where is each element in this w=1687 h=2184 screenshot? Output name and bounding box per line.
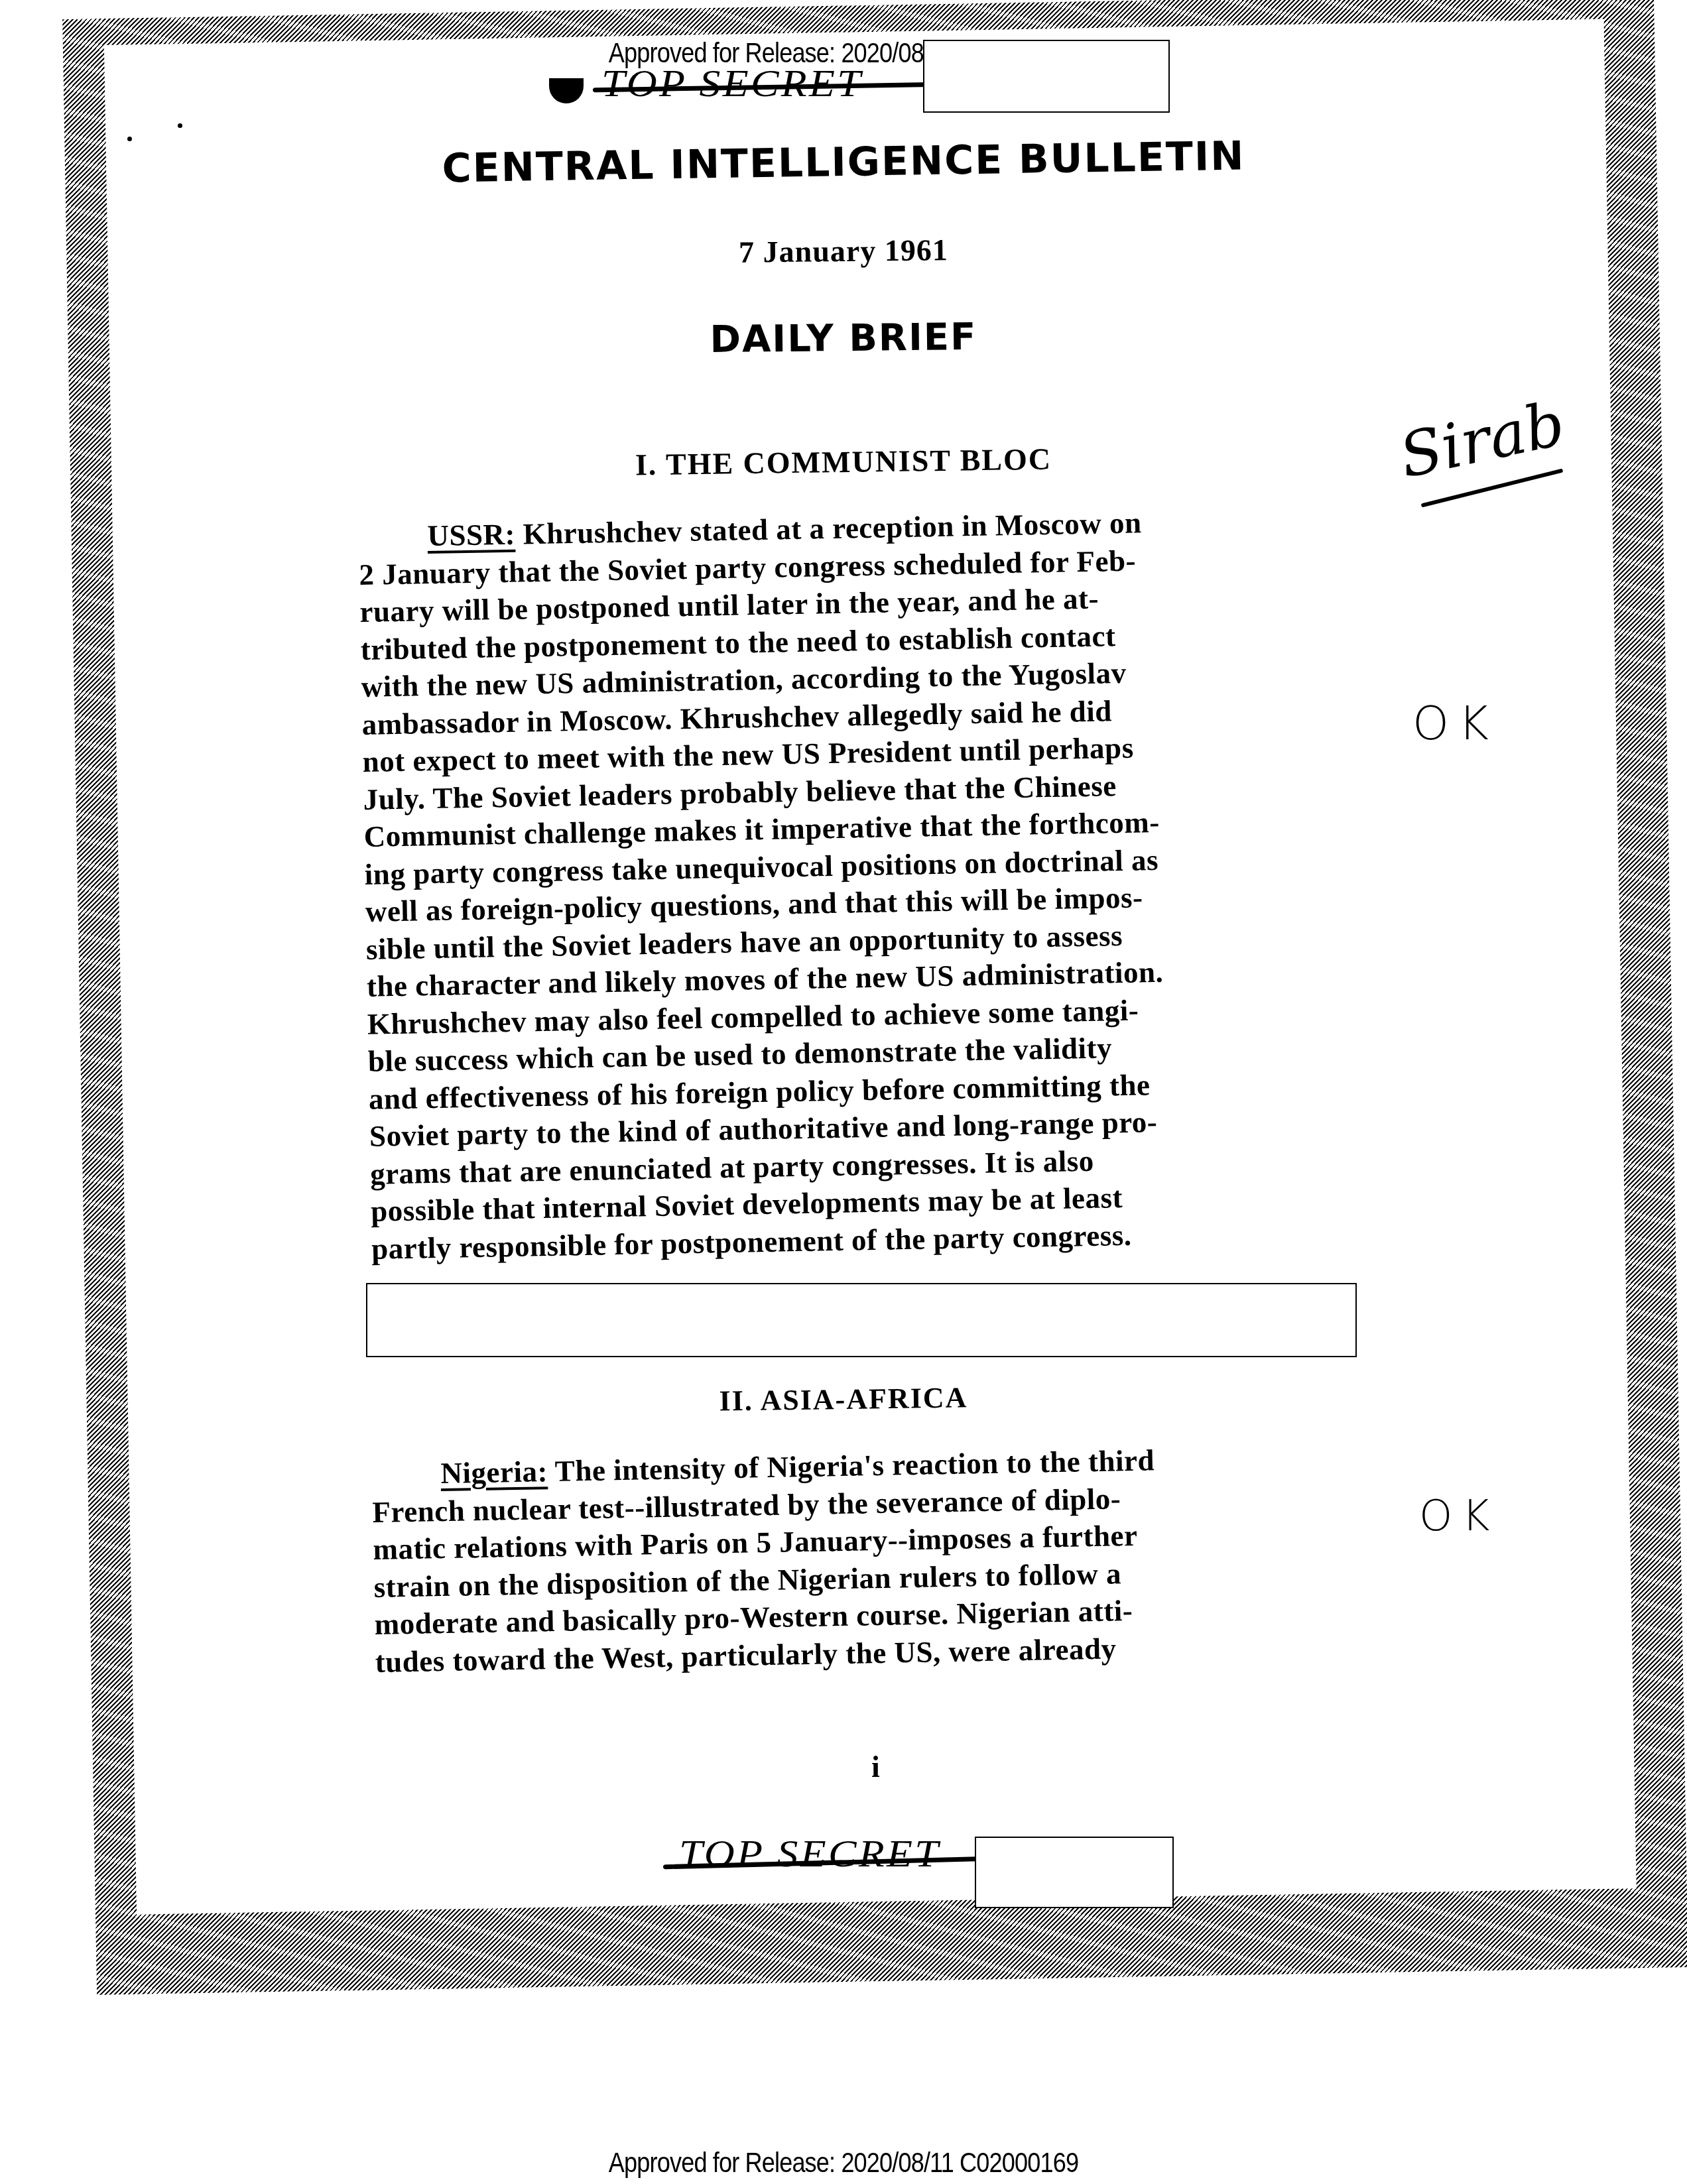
section-body-ussr: USSR: Khrushchev stated at a reception i…	[358, 504, 1168, 1268]
classification-top-label: TOP SECRET	[601, 62, 863, 105]
section-body-nigeria: Nigeria: The intensity of Nigeria's reac…	[371, 1441, 1158, 1681]
redaction-box-bottom	[975, 1837, 1174, 1908]
scan-speck	[178, 123, 182, 128]
paragraph-lead-label: Nigeria:	[440, 1455, 548, 1490]
redaction-box-middle	[366, 1283, 1357, 1357]
redaction-box-top	[923, 40, 1170, 113]
classification-top: TOP SECRET	[601, 61, 863, 105]
annotation-ok-nigeria: OK	[1419, 1492, 1499, 1541]
paragraph-lead-label: USSR:	[427, 518, 515, 552]
release-stamp-bottom: Approved for Release: 2020/08/11 C020001…	[118, 2147, 1569, 2179]
scan-speck	[127, 137, 132, 141]
page-number: i	[871, 1749, 880, 1784]
annotation-ok-ussr: OK	[1412, 696, 1498, 751]
classification-bottom-label: TOP SECRET	[679, 1832, 940, 1875]
classification-bottom: TOP SECRET	[679, 1831, 940, 1876]
